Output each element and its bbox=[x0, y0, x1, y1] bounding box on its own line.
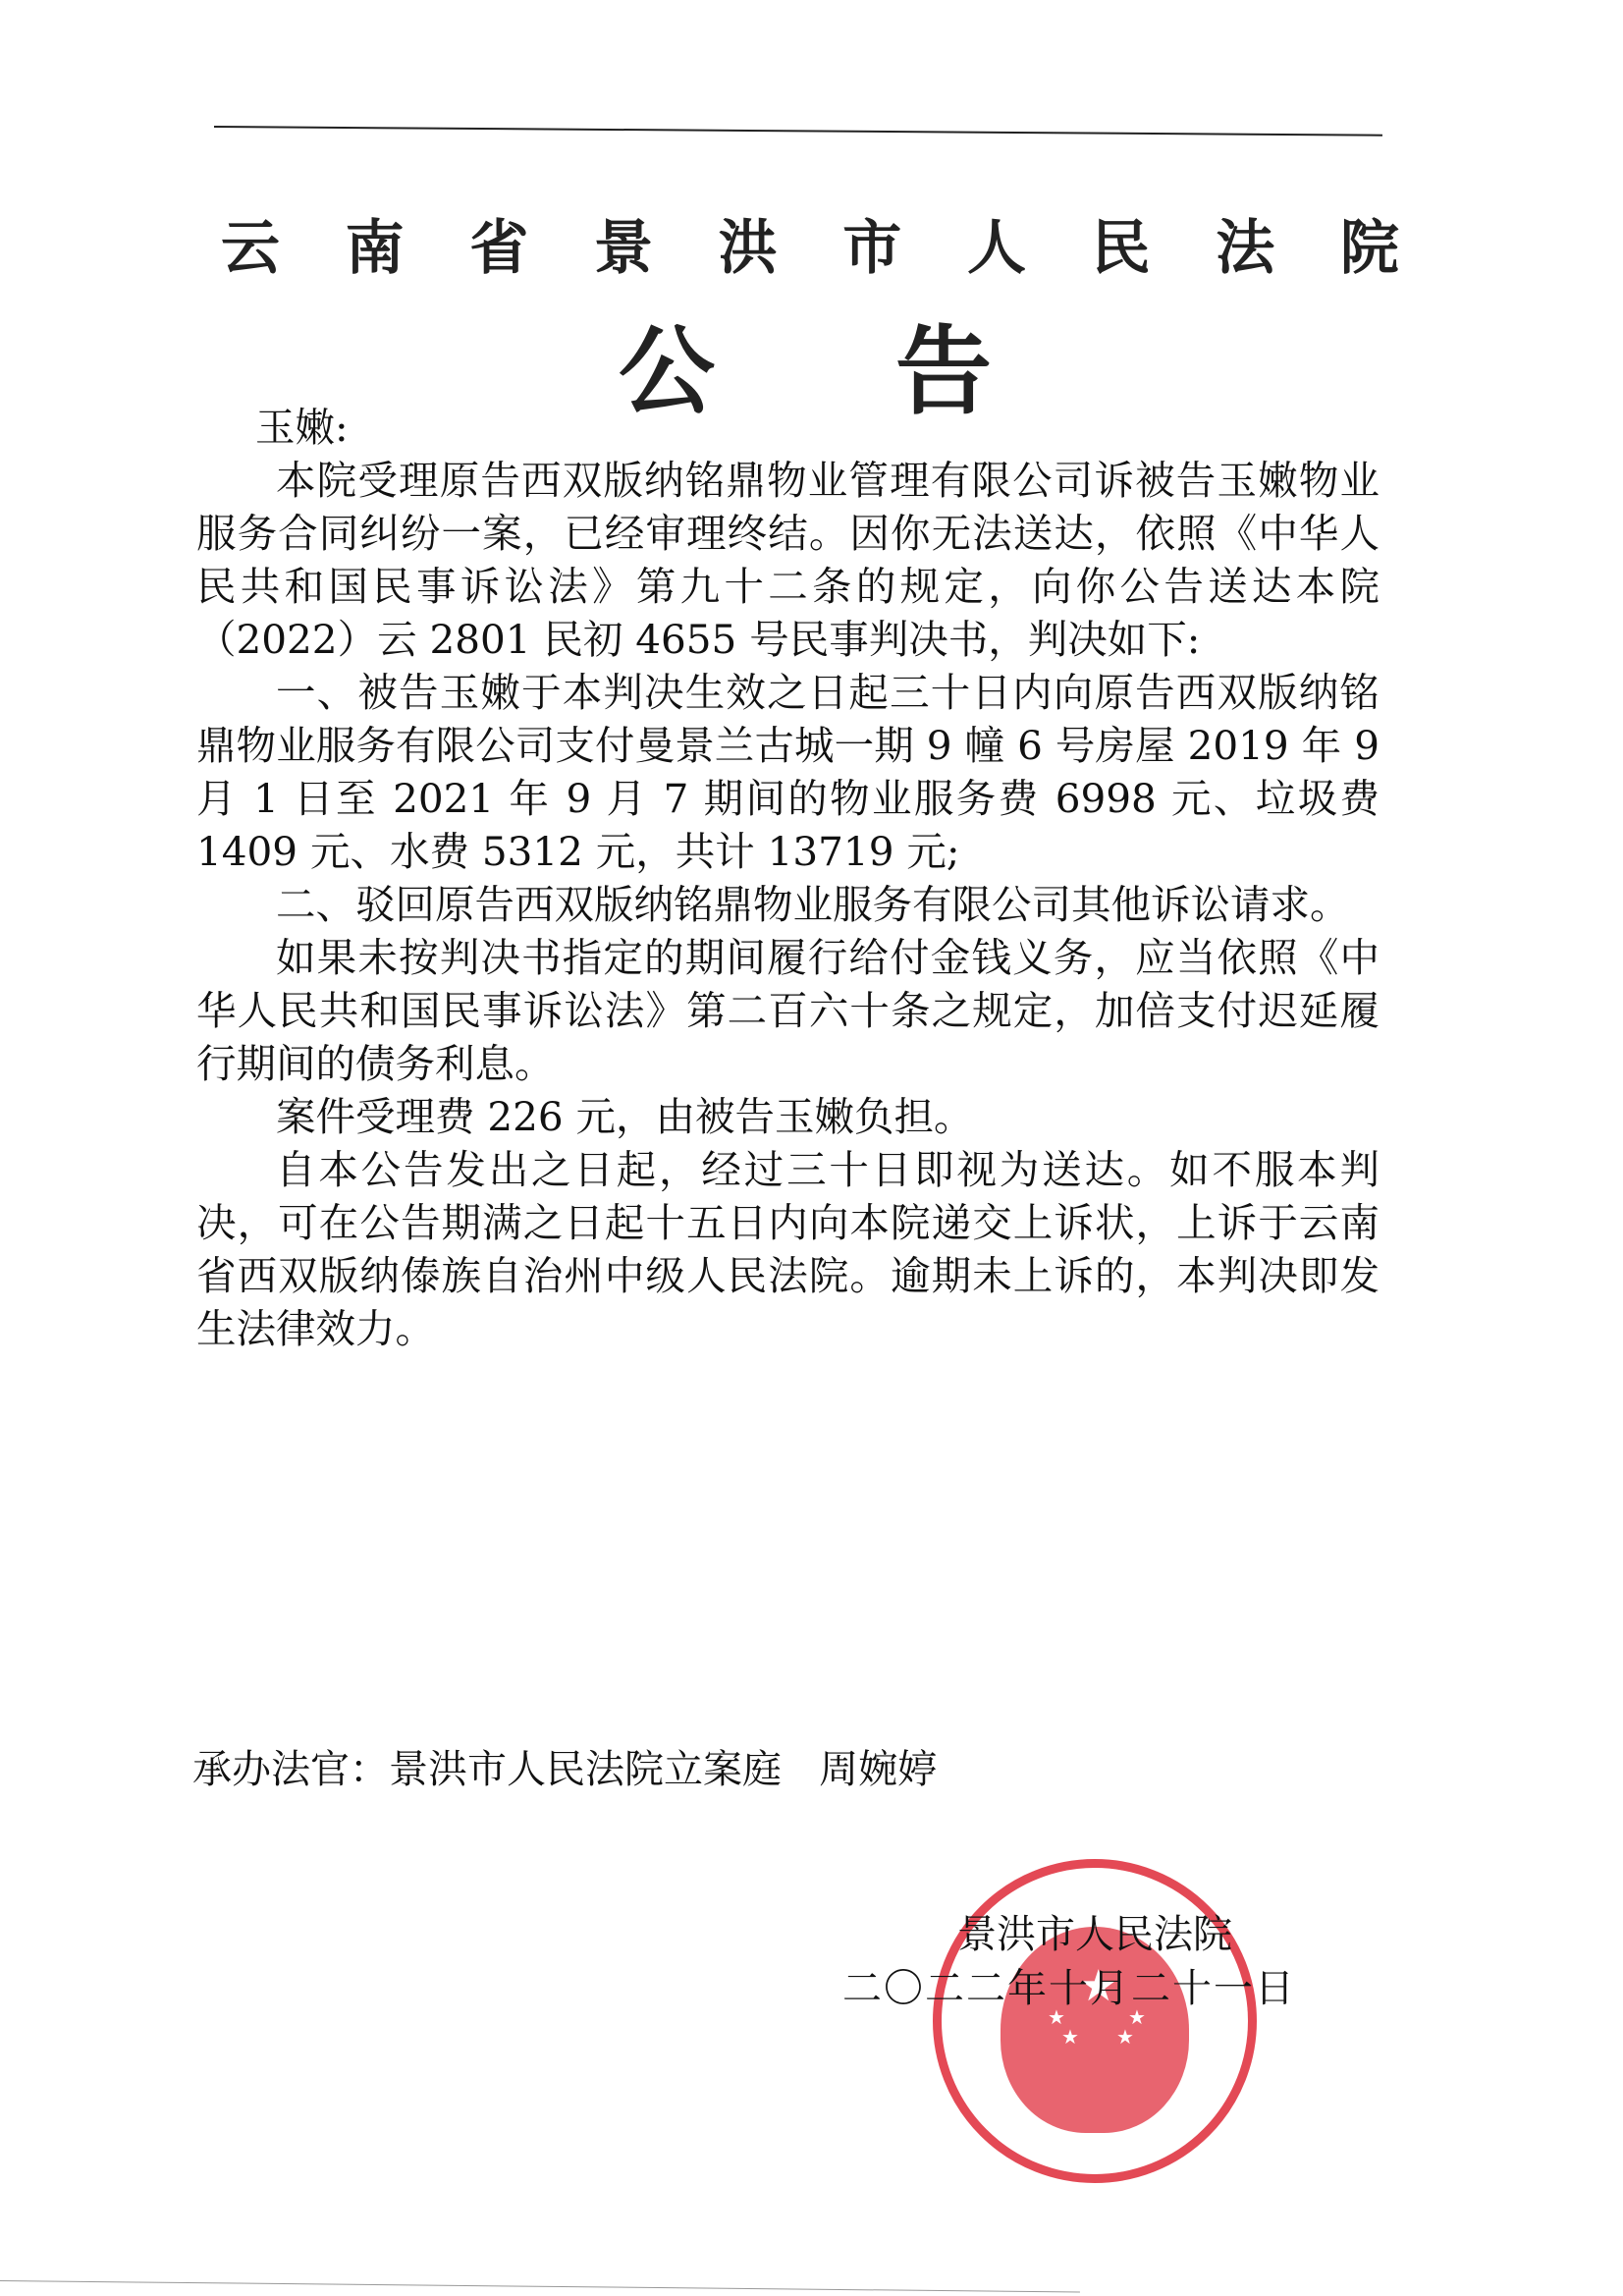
star-icon: ★ bbox=[1061, 2025, 1079, 2049]
paragraph-judgment-item-1: 一、被告玉嫩于本判决生效之日起三十日内向原告西双版纳铭鼎物业服务有限公司支付曼景… bbox=[196, 666, 1380, 878]
header-rule bbox=[214, 126, 1382, 137]
court-name-char: 省 bbox=[469, 201, 528, 286]
court-name-char: 洪 bbox=[719, 201, 778, 286]
court-name-char: 人 bbox=[967, 201, 1026, 286]
paragraph-late-interest: 如果未按判决书指定的期间履行给付金钱义务，应当依照《中华人民共和国民事诉讼法》第… bbox=[196, 931, 1380, 1090]
court-name-char: 院 bbox=[1340, 201, 1399, 286]
paragraph-appeal-notice: 自本公告发出之日起，经过三十日即视为送达。如不服本判决，可在公告期满之日起十五日… bbox=[196, 1143, 1380, 1355]
court-name-char: 景 bbox=[594, 201, 653, 286]
paragraph-case-fee: 案件受理费 226 元，由被告玉嫩负担。 bbox=[196, 1090, 1380, 1143]
issuing-court: 景洪市人民法院 bbox=[957, 1903, 1232, 1959]
court-name-char: 法 bbox=[1216, 201, 1274, 286]
court-name-heading: 云 南 省 景 洪 市 人 民 法 院 bbox=[221, 201, 1399, 286]
court-name-char: 南 bbox=[346, 201, 405, 286]
announcement-body: 玉嫩: 本院受理原告西双版纳铭鼎物业管理有限公司诉被告玉嫩物业服务合同纠纷一案，… bbox=[196, 401, 1380, 1355]
issue-date: 二〇二二年十月二十一日 bbox=[842, 1957, 1296, 2013]
court-name-char: 市 bbox=[842, 201, 901, 286]
star-icon: ★ bbox=[1116, 2025, 1134, 2049]
announcement-page: 云 南 省 景 洪 市 人 民 法 院 公 告 玉嫩: 本院受理原告西双版纳铭鼎… bbox=[0, 0, 1623, 2296]
footer-rule bbox=[0, 2280, 1080, 2293]
presiding-judge: 承办法官：景洪市人民法院立案庭 周婉婷 bbox=[192, 1738, 937, 1794]
paragraph-case-summary: 本院受理原告西双版纳铭鼎物业管理有限公司诉被告玉嫩物业服务合同纠纷一案，已经审理… bbox=[196, 454, 1380, 666]
addressee: 玉嫩: bbox=[196, 401, 1380, 454]
court-name-char: 民 bbox=[1092, 201, 1151, 286]
paragraph-judgment-item-2: 二、驳回原告西双版纳铭鼎物业服务有限公司其他诉讼请求。 bbox=[196, 878, 1380, 931]
court-name-char: 云 bbox=[221, 201, 280, 286]
